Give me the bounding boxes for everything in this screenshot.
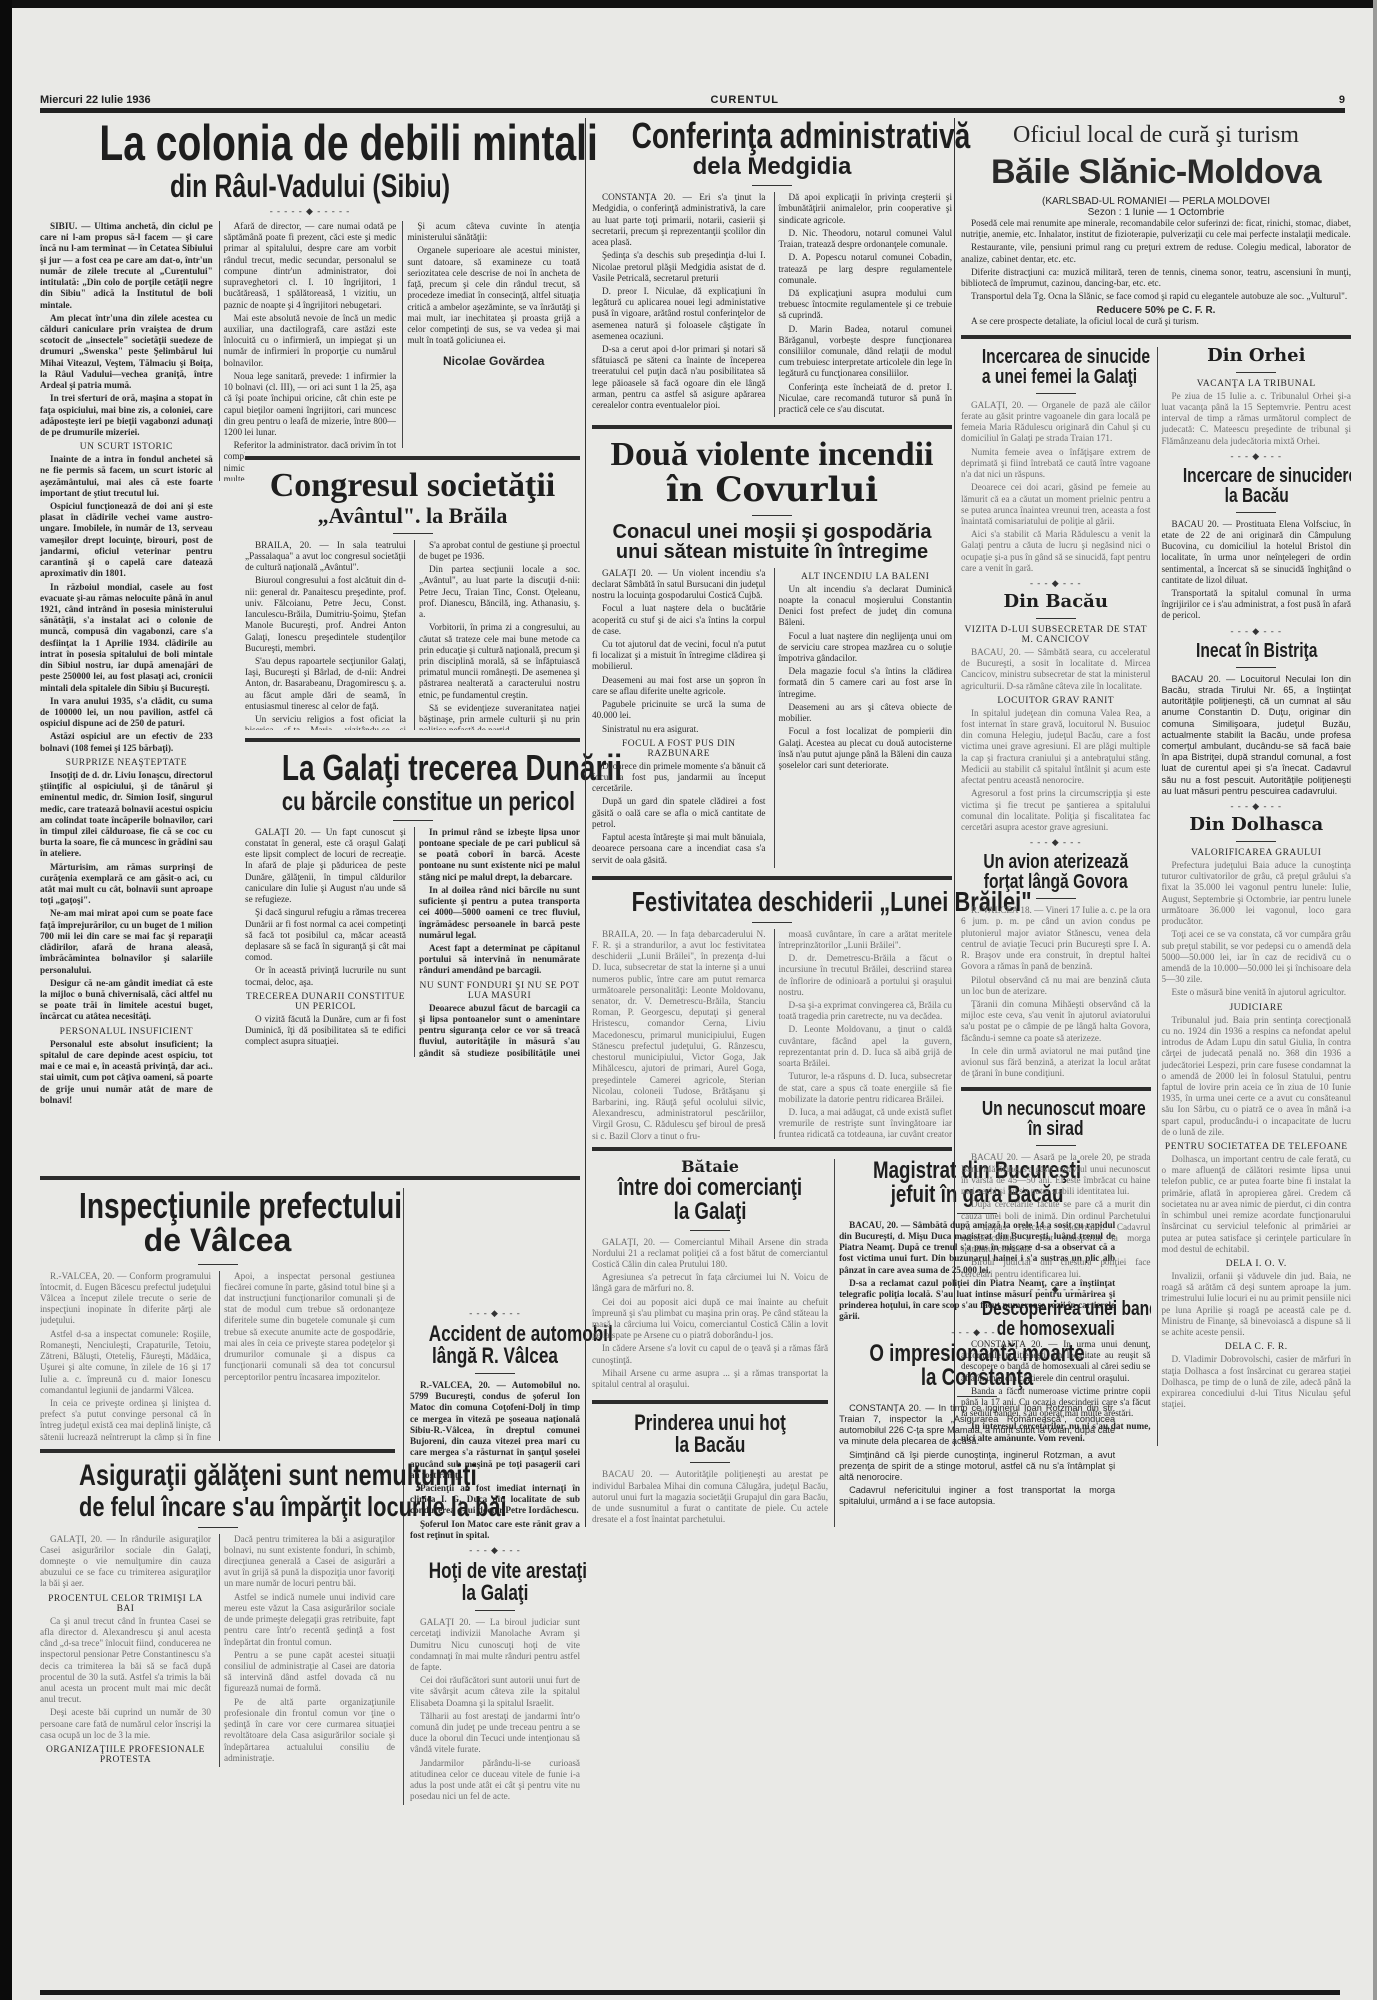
paragraph: Organele superioare ale acestui minister…	[407, 245, 580, 346]
paragraph: D-sa a cerut apoi d-lor primari şi notar…	[592, 344, 766, 411]
paragraph: R.-VALCEA, 20. — Conform programului înt…	[40, 1271, 211, 1327]
divider	[1036, 618, 1076, 619]
section-heading: VACANŢA LA TRIBUNAL	[1162, 379, 1352, 389]
paragraph: GALAŢI 20. — La biroul judiciar sunt cer…	[410, 1617, 580, 1673]
section-heading: TRECEREA DUNARII CONSTITUE UN PERICOL	[245, 992, 406, 1012]
section-rule	[40, 1449, 395, 1453]
article-luna-brailei: Festivitatea deschiderii „Lunei Brăilei"…	[592, 888, 952, 1139]
paragraph: In trei sferturi de oră, maşina a stopat…	[40, 393, 213, 438]
paragraph: D. Iuca, a mai adăugat, că unde există s…	[779, 1107, 953, 1139]
paragraph: Tâlharii au fost arestaţi de jandarmi în…	[410, 1711, 580, 1756]
section-heading: UN SCURT ISTORIC	[40, 442, 213, 452]
paragraph: După cercetările făcute se pare că a mur…	[961, 1199, 1151, 1255]
paragraph: Ţăranii din comuna Mihăeşti observând că…	[961, 999, 1151, 1044]
headline: Hoţi de vite arestaţi	[429, 1560, 562, 1582]
paragraph: GALAŢI, 20. — In rândurile asiguraţilor …	[40, 1534, 211, 1590]
paragraph: Deşi aceste băi cuprind un număr de 30 p…	[40, 1707, 211, 1741]
divider	[393, 533, 433, 534]
subheadline: la Bacău	[1182, 486, 1330, 506]
paragraph: In vara anului 1935, s'a clădit, cu suma…	[40, 696, 213, 730]
divider	[690, 1462, 730, 1463]
paragraph: Astăzi ospiciul are un efectiv de 233 bo…	[40, 731, 213, 753]
paragraph: Şi dacă singurul refugiu a rămas trecere…	[245, 907, 406, 963]
section-heading: DELA C. F. R.	[1162, 1342, 1352, 1352]
paragraph: Biuroul congresului a fost alcătuit din …	[245, 575, 406, 654]
headline: Accident de automobil	[429, 1323, 562, 1345]
author-signature: Nicolae Govărdea	[407, 354, 580, 368]
paragraph: D. preor I. Niculae, dă explicaţiuni în …	[592, 286, 766, 342]
scan-edge-top	[0, 0, 1377, 8]
paragraph: Dela magazie focul s'a întins la clădire…	[779, 666, 953, 700]
paragraph: Am plecat într'una din zilele acestea cu…	[40, 313, 213, 392]
paragraph: Personalul este absolut insuficient; la …	[40, 1039, 213, 1106]
column-middle: Conferinţa administrativă dela Medgidia …	[585, 118, 952, 1527]
paragraph: Mai este absolută nevoie de încă un medi…	[224, 313, 397, 369]
paragraph: GALAŢI 20. — Un fapt cunoscut şi constat…	[245, 827, 406, 906]
paragraph: D. dr. Demetrescu-Brăila a făcut o incur…	[779, 953, 953, 998]
headline: Inecat în Bistriţa	[1182, 641, 1330, 661]
subheadline: de Vâlcea	[40, 1224, 395, 1258]
section-heading: NU SUNT FONDURI ŞI NU SE POT LUA MASURI	[419, 981, 580, 1001]
paragraph: Deoarece cei doi acari, găsind pe femeie…	[961, 482, 1151, 527]
paragraph: GALAŢI, 20. — Comerciantul Mihail Arsene…	[592, 1237, 828, 1271]
column-right: Oficiul local de cură şi turism Băile Sl…	[954, 118, 1351, 1446]
paragraph: D. Leonte Moldovanu, a ţinut o caldă cuv…	[779, 1024, 953, 1069]
paragraph: Ne-am mai mirat apoi cum se poate face f…	[40, 908, 213, 975]
paragraph: Deasemeni au ars şi câteva obiecte de mo…	[779, 702, 953, 724]
paragraph: Mărturisim, am rămas surprinşi de curăţe…	[40, 862, 213, 907]
section-rule	[961, 1087, 1151, 1091]
headline: Asiguraţii gălăţeni sunt nemulţumiţi	[79, 1461, 356, 1491]
section-heading: ALT INCENDIU LA BALENI	[779, 572, 953, 582]
paragraph: Focul a luat naştere dela o bucătărie ac…	[592, 603, 766, 637]
paragraph: BACAU, 20. — Sâmbătă seara, cu accelerat…	[961, 647, 1151, 692]
paragraph: Şedinţa s'a deschis sub preşedinţia d-lu…	[592, 250, 766, 284]
advert-slanic-moldova: Oficiul local de cură şi turism Băile Sl…	[961, 122, 1351, 327]
right-subcolumn-b: Din Orhei VACANŢA LA TRIBUNAL Pe ziua de…	[1157, 347, 1352, 1446]
section-heading: VIZITA D-LUI SUBSECRETAR DE STAT M. CANC…	[961, 625, 1151, 645]
ornament-divider: - - - ◆ - - -	[1162, 626, 1352, 637]
headline: între doi comercianţi	[618, 1176, 802, 1200]
ornament-divider: - - - - - ◆ - - - - -	[40, 206, 580, 217]
subheadline: forţat lângă Govora	[982, 872, 1130, 892]
paragraph: Agresiunea s'a petrecut în faţa cârciume…	[592, 1272, 828, 1294]
paragraph: O vizită făcută la Dunăre, cum ar fi fos…	[245, 1014, 406, 1048]
paragraph: Pagubele pricinuite se urcă la suma de 4…	[592, 699, 766, 721]
section-heading: ORGANIZAŢIILE PROFESIONALE PROTESTA	[40, 1745, 211, 1765]
lower-left-main: Inspecţiunile prefectului de Vâlcea R.-V…	[40, 1188, 395, 1805]
headline: Congresul societăţii	[245, 468, 580, 504]
ornament-divider: - - - ◆ - - -	[1162, 801, 1352, 812]
paragraph: Deoarece din primele momente s'a bănuit …	[592, 761, 766, 795]
right-subcolumn-a: Incercarea de sinucidere a unei femei la…	[961, 347, 1151, 1446]
paragraph: Desigur că ne-am gândit imediat că este …	[40, 978, 213, 1023]
paragraph: Mihail Arsene cu arme asupra ... şi a ră…	[592, 1368, 828, 1390]
paragraph: Jandarmilor părându-li-se curioasă atitu…	[410, 1758, 580, 1803]
divider	[1036, 393, 1076, 394]
bottom-rule	[40, 1990, 1340, 1995]
section-heading: PROCENTUL CELOR TRIMIŞI LA BAI	[40, 1594, 211, 1614]
paragraph: Diferite distracţiuni ca: muzică militar…	[961, 267, 1351, 289]
ornament-divider: - - - ◆ - - -	[961, 578, 1151, 589]
paragraph: BRAILA, 20. — In faţa debarcaderului N. …	[592, 929, 766, 1139]
paragraph: Agresorul a fost prins la circumscripţia…	[961, 788, 1151, 833]
paragraph: In ceia ce priveşte ordinea şi liniştea …	[40, 1398, 211, 1441]
paragraph: Cei doi au poposit aici după ce mai înai…	[592, 1297, 828, 1342]
paragraph: In cădere Arsene s'a lovit cu capul de o…	[592, 1343, 828, 1365]
paragraph: In interesul cercetărilor, nu ni s'au da…	[961, 1421, 1151, 1443]
paragraph: Numita femeie avea o înfăţişare extrem d…	[961, 447, 1151, 481]
headline: Incercarea de sinucidere	[982, 347, 1130, 367]
paragraph: Cei doi răufăcători sunt autorii unui fu…	[410, 1675, 580, 1709]
ornament-divider: - - - ◆ - - -	[410, 1308, 580, 1319]
divider	[475, 1610, 515, 1611]
article-hot-bacau: Prinderea unui hoţ la Bacău BACAU 20. — …	[592, 1412, 828, 1525]
paragraph: Prefectura judeţului Baia aduce la cunoş…	[1162, 860, 1352, 927]
headline: Inspecţiunile prefectului	[79, 1188, 356, 1224]
column-left: La colonia de debili mintali din Râul-Va…	[40, 118, 580, 1108]
paragraph: D. Vladimir Dobrovolschi, casier de mărf…	[1162, 1354, 1352, 1410]
scan-edge-right	[1373, 0, 1377, 2000]
masthead: Miercuri 22 Iulie 1936 CURENTUL 9	[40, 92, 1345, 106]
article-avantul: Congresul societăţii „Avântul". la Brăil…	[245, 468, 580, 730]
paragraph: BACAU 20. — Prostituata Elena Volfsciuc,…	[1162, 519, 1352, 586]
paragraph: moasă cuvântare, în care a arătat merite…	[779, 929, 953, 951]
section-heading: JUDICIARE	[1162, 1003, 1352, 1013]
article-incendii: Două violente incendii în Covurlui Conac…	[592, 437, 952, 867]
paragraph: Posedă cele mai renumite ape minerale, r…	[961, 218, 1351, 240]
paper-name: CURENTUL	[711, 94, 780, 106]
right-subgrid: Congresul societăţii „Avântul". la Brăil…	[245, 448, 580, 1057]
paragraph: Toţi acei ce se va constata, că vor cump…	[1162, 929, 1352, 985]
paragraph: BACAU 20. — Autorităţile poliţieneşti au…	[592, 1469, 828, 1525]
subheadline: „Avântul". la Brăila	[245, 504, 580, 527]
divider	[1236, 841, 1276, 842]
ad-discount: Reducere 50% pe C. F. R.	[961, 305, 1351, 316]
paragraph: SIBIU. — Ultima anchetă, din ciclul pe c…	[40, 221, 213, 311]
paragraph: GALAŢI, 20. — Organele de pază ale căilo…	[961, 400, 1151, 445]
headline: Conferinţa administrativă	[632, 118, 913, 154]
paragraph: Dacă pentru trimiterea la băi a asiguraţ…	[224, 1534, 395, 1590]
subheadline: dela Medgidia	[592, 154, 952, 179]
section-heading: VALORIFICAREA GRAULUI	[1162, 848, 1352, 858]
subheadline: din Râul-Vadului (Sibiu)	[99, 170, 520, 202]
paragraph: Şi acum câteva cuvinte în atenţia minist…	[407, 221, 580, 243]
paragraph: Noua lege sanitară, prevede: 1 infirmier…	[224, 371, 397, 438]
headline: Un necunoscut moare	[982, 1099, 1130, 1119]
paragraph: In spitalul judeţean din comuna Valea Re…	[961, 708, 1151, 787]
paragraph: Cadavrul nefericitului inginer a fost tr…	[839, 1485, 1115, 1507]
article-avion-govora: Un avion aterizează forţat lângă Govora …	[961, 852, 1151, 1079]
paragraph: Ca şi anul trecut când în fruntea Casei …	[40, 1616, 211, 1706]
article-sinucidere-galati: Incercarea de sinucidere a unei femei la…	[961, 347, 1151, 574]
page-number: 9	[1339, 94, 1345, 106]
paragraph: Să se evidenţieze suveranitatea naţiei b…	[419, 703, 580, 730]
paragraph: Simţinând că îşi pierde cunoştinţa, ingi…	[839, 1450, 1115, 1484]
paragraph: Pentru a se pune capăt acestei situaţii …	[224, 1650, 395, 1695]
section-heading: PERSONALUL INSUFICIENT	[40, 1027, 213, 1037]
paragraph: CONSTANŢA 20. — Eri s'a ţinut la Medgidi…	[592, 192, 766, 248]
article-sinucidere-bacau: Incercare de sinucidere la Bacău BACAU 2…	[1162, 466, 1352, 622]
paragraph: Invalizii, orfanii şi văduvele din jud. …	[1162, 1271, 1352, 1338]
ad-footer: A se cere prospecte detaliate, la oficiu…	[961, 316, 1351, 327]
section-heading: DELA I. O. V.	[1162, 1259, 1352, 1269]
paragraph: S'au depus rapoartele secţiunilor Galaţi…	[245, 656, 406, 712]
subheadline: Conacul unei moşii şi gospodăria unui să…	[592, 522, 952, 562]
paragraph: Deasemeni au mai fost arse un şopron în …	[592, 675, 766, 697]
paragraph: Dă apoi explicaţii în privinţa creşterii…	[779, 192, 953, 226]
paragraph: Tribunalul jud. Baia prin sentinţa corec…	[1162, 1015, 1352, 1138]
paragraph: In al doilea rând nici bărcile nu sunt s…	[419, 885, 580, 941]
article-din-orhei: Din Orhei VACANŢA LA TRIBUNAL Pe ziua de…	[1162, 347, 1352, 447]
ornament-divider: - - - ◆ - - -	[410, 1545, 580, 1556]
paragraph: Insoţiţi de d. dr. Liviu Ionaşcu, direct…	[40, 770, 213, 860]
paragraph: Or în această privinţă lucrurile nu sunt…	[245, 965, 406, 987]
paragraph: Vorbitorii, în prima zi a congresului, a…	[419, 622, 580, 701]
ad-season: Sezon : 1 Iunie — 1 Octombrie	[961, 207, 1351, 218]
divider	[393, 820, 433, 821]
paragraph: In primul rând se izbeşte lipsa unor pon…	[419, 827, 580, 883]
section-heading: LOCUITOR GRAV RANIT	[961, 696, 1151, 706]
section-rule	[592, 425, 952, 429]
headline: Din Orhei	[1162, 347, 1352, 366]
subheadline: lângă R. Vâlcea	[429, 1345, 562, 1367]
paragraph: Este o măsură bine venită în ajutorul ag…	[1162, 987, 1352, 998]
paragraph: Din partea secţiunii locale a soc. „Avân…	[419, 564, 580, 620]
article-medgidia: Conferinţa administrativă dela Medgidia …	[592, 118, 952, 417]
paragraph: In războiul mondial, casele au fost evac…	[40, 582, 213, 694]
paragraph: In cele din urmă aviatorul ne mai putând…	[961, 1046, 1151, 1080]
paragraph: Transportată la spitalul comunal în urma…	[1162, 588, 1352, 622]
divider	[198, 1527, 238, 1528]
paragraph: Cu tot ajutorul dat de vecini, focul n'a…	[592, 639, 766, 673]
subheadline: de felul încare s'au împărţit locurile l…	[79, 1493, 356, 1521]
article-bataie: Bătaie între doi comercianţi la Galaţi G…	[592, 1159, 828, 1393]
article-din-bacau: Din Bacău VIZITA D-LUI SUBSECRETAR DE ST…	[961, 593, 1151, 833]
headline-line2: în Covurlui	[592, 473, 952, 509]
divider	[690, 1230, 730, 1231]
paragraph: Afară de director, — care numai odată pe…	[224, 221, 397, 311]
headline: Din Bacău	[961, 593, 1151, 612]
paragraph: D-sa şi-a exprimat convingerea că, Brăil…	[779, 1000, 953, 1022]
paragraph: Pe ziua de 15 Iulie a. c. Tribunalul Orh…	[1162, 391, 1352, 447]
paragraph: BACAU 20. — Asară pe la orele 20, pe str…	[961, 1152, 1151, 1197]
headline: Din Dolhasca	[1162, 816, 1352, 835]
paragraph: Dă explicaţiuni asupra modului cum trebu…	[779, 288, 953, 322]
paragraph: Inainte de a intra în fondul anchetei să…	[40, 454, 213, 499]
paragraph: Şoferul Ion Matoc care este rănit grav a…	[410, 1519, 580, 1541]
lower-left-grid: Inspecţiunile prefectului de Vâlcea R.-V…	[40, 1168, 580, 1805]
paragraph: S'a aprobat contul de gestiune şi proect…	[419, 540, 580, 562]
paragraph: Focul a luat naştere din neglijenţa unui…	[779, 631, 953, 665]
divider	[1036, 898, 1076, 899]
divider	[752, 185, 792, 186]
paragraph: Dolhasca, un important centru de cale fe…	[1162, 1154, 1352, 1255]
paragraph: Astfel d-sa a inspectat comunele: Roşiil…	[40, 1329, 211, 1396]
paragraph: Faptul acesta întăreşte şi mai mult bănu…	[592, 832, 766, 866]
subheadline: cu bărcile constitue un pericol	[282, 788, 543, 814]
paragraph: Conferinţa este încheiată de d. pretor I…	[779, 382, 953, 416]
article-banda: Descoperirea unei bande de homosexuali C…	[961, 1299, 1151, 1444]
paragraph: Tuturor, le-a răspuns d. D. Iuca, subsec…	[779, 1071, 953, 1105]
section-rule	[245, 456, 580, 460]
paragraph: D. A. Popescu notarul comunei Cobadin, t…	[779, 252, 953, 286]
headline: La Galaţi trecerea Dunării	[282, 750, 543, 786]
subheadline: la Galaţi	[618, 1200, 802, 1224]
ornament-divider: - - - ◆ - - -	[1162, 451, 1352, 462]
paragraph: Un alt incendiu s'a declarat Duminică no…	[779, 584, 953, 629]
paragraph: Aici s'a stabilit că Maria Rădulescu a v…	[961, 529, 1151, 574]
section-rule	[40, 1176, 580, 1180]
masthead-rule	[40, 108, 1345, 113]
headline: Un avion aterizează	[982, 852, 1130, 872]
paragraph: D. Nic. Theodoru, notarul comunei Valul …	[779, 228, 953, 250]
subheadline: a unei femei la Galaţi	[982, 367, 1130, 387]
paragraph: Pilotul observând că nu mai are benzină …	[961, 975, 1151, 997]
paragraph: GALAŢI 20. — Un violent incendiu s'a dec…	[592, 568, 766, 602]
headline: Două violente incendii	[592, 437, 952, 473]
paragraph: Pe de altă parte organizaţiunile profesi…	[224, 1697, 395, 1764]
paragraph: Banda a făcut numeroase victime printre …	[961, 1386, 1151, 1420]
section-rule	[245, 738, 580, 742]
paragraph: R.-VALCEA 18. — Vineri 17 Iulie a. c. pe…	[961, 905, 1151, 972]
divider	[1236, 372, 1276, 373]
paragraph: Astfel se indică numele unui individ car…	[224, 1592, 395, 1648]
paragraph: BACAU 20. — Locuitorul Neculai Ion din B…	[1162, 674, 1352, 797]
subheadline: în sirad	[982, 1119, 1130, 1139]
section-heading: PENTRU SOCIETATEA DE TELEFOANE	[1162, 1142, 1352, 1152]
ornament-divider: - - - ◆ - - -	[961, 1284, 1151, 1295]
headline: Festivitatea deschiderii „Lunei Brăilei"	[632, 888, 913, 916]
paragraph: BRAILA, 20. — In sala teatrului „Passala…	[245, 540, 406, 574]
headline: Prinderea unui hoţ	[618, 1412, 802, 1434]
article-hoti-vite: Hoţi de vite arestaţi la Galaţi GALAŢI 2…	[410, 1560, 580, 1803]
issue-date: Miercuri 22 Iulie 1936	[40, 94, 151, 106]
paragraph: Deoarece abuzul făcut de barcagii ca şi …	[419, 1003, 580, 1057]
article-inecat-bistrita: Inecat în Bistriţa BACAU 20. — Locuitoru…	[1162, 641, 1352, 797]
section-rule	[592, 1147, 952, 1151]
divider	[198, 1264, 238, 1265]
scan-edge-left	[0, 0, 12, 2000]
section-heading: SURPRIZE NEAŞTEPTATE	[40, 758, 213, 768]
section-rule	[592, 1400, 828, 1404]
newspaper-page: Miercuri 22 Iulie 1936 CURENTUL 9 La col…	[40, 92, 1345, 113]
paragraph: Acest fapt a determinat pe căpitanul por…	[419, 943, 580, 977]
article-din-dolhasca: Din Dolhasca VALORIFICAREA GRAULUI Prefe…	[1162, 816, 1352, 1410]
paragraph: Focul a fost localizat de pompierii din …	[779, 726, 953, 771]
section-heading: FOCUL A FOST PUS DIN RAZBUNARE	[592, 739, 766, 759]
divider	[475, 1373, 515, 1374]
ad-tagline: (KARLSBAD-UL ROMANIEI — PERLA MOLDOVEI	[961, 196, 1351, 207]
subheadline: la Bacău	[618, 1434, 802, 1456]
article-dunare: La Galaţi trecerea Dunării cu bărcile co…	[245, 750, 580, 1057]
paragraph: D. Marin Badea, notarul comunei Bărăganu…	[779, 324, 953, 380]
ornament-divider: - - - ◆ - - -	[961, 837, 1151, 848]
subheadline: de homosexuali	[982, 1319, 1130, 1339]
ad-heading: Oficiul local de cură şi turism	[961, 122, 1351, 149]
paragraph: Restaurante, vile, pensiuni primul rang …	[961, 242, 1351, 264]
headline: La colonia de debili mintali	[99, 118, 520, 168]
divider	[1236, 512, 1276, 513]
article-valcea: Inspecţiunile prefectului de Vâlcea R.-V…	[40, 1188, 395, 1441]
headline: Incercare de sinucidere	[1182, 466, 1330, 486]
paragraph: Transportul dela Tg. Ocna la Slănic, se …	[961, 291, 1351, 302]
divider	[1236, 667, 1276, 668]
article-asigurati: Asiguraţii gălăţeni sunt nemulţumiţi de …	[40, 1461, 395, 1768]
paragraph: Un serviciu religios a fost oficiat la b…	[245, 714, 406, 730]
paragraph: Sinistratul nu era asigurat.	[592, 724, 766, 735]
divider	[752, 515, 792, 516]
article-necunoscut: Un necunoscut moare în sirad BACAU 20. —…	[961, 1099, 1151, 1279]
paragraph: CONSTANŢA 20. — In urma unui denunţ, aut…	[961, 1339, 1151, 1384]
section-rule	[592, 876, 952, 880]
subheadline: la Galaţi	[429, 1582, 562, 1604]
divider	[1036, 1145, 1076, 1146]
ad-resort-name: Băile Slănic-Moldova	[961, 153, 1351, 192]
paragraph: Ospiciul funcţionează de doi ani şi este…	[40, 501, 213, 580]
divider	[752, 922, 792, 923]
paragraph: Biroul judiciar din chestura poliţiei fa…	[961, 1257, 1151, 1279]
headline: Descoperirea unei bande	[982, 1299, 1130, 1319]
paragraph: După un gard din spatele clădirei a fost…	[592, 796, 766, 830]
section-rule	[961, 335, 1351, 339]
paragraph: Apoi, a inspectat personal gestiunea fie…	[224, 1271, 395, 1383]
